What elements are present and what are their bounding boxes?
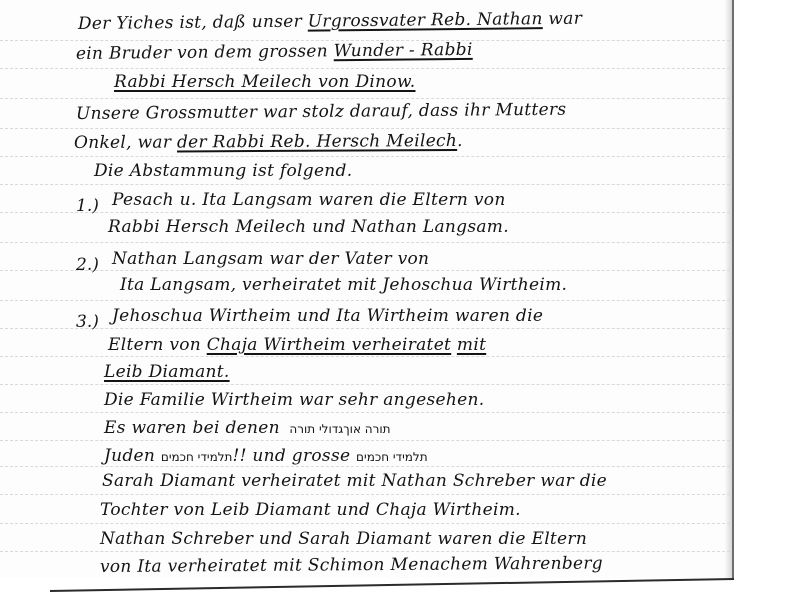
closing-line-6: Nathan Schreber und Sarah Diamant waren … bbox=[100, 529, 587, 549]
underlined-phrase: Chaja Wirtheim verheiratet bbox=[207, 335, 451, 355]
ruled-line bbox=[0, 494, 730, 495]
ruled-line bbox=[0, 523, 730, 524]
underlined-phrase: Wunder - Rabbi bbox=[334, 40, 473, 61]
list-number-3: 3.) bbox=[76, 312, 99, 332]
hebrew-insertion: תלמידי חכמים bbox=[161, 450, 233, 464]
ruled-line bbox=[0, 68, 730, 69]
closing-line-3: Juden תלמידי חכמים!! und grosse תלמידי ח… bbox=[104, 446, 428, 466]
ruled-line bbox=[0, 440, 730, 441]
ruled-line bbox=[0, 466, 730, 467]
list-3-line-3: Leib Diamant. bbox=[104, 362, 230, 382]
list-3-line-2: Eltern von Chaja Wirtheim verheiratet mi… bbox=[108, 335, 486, 355]
closing-line-7: von Ita verheiratet mit Schimon Menachem… bbox=[100, 553, 603, 577]
page-bottom-edge bbox=[50, 578, 734, 608]
ruled-line bbox=[0, 412, 730, 413]
list-2-line-2: Ita Langsam, verheiratet mit Jehoschua W… bbox=[120, 275, 567, 295]
text-line-3: Rabbi Hersch Meilech von Dinow. bbox=[114, 72, 416, 92]
ruled-line bbox=[0, 356, 730, 357]
closing-line-4: Sarah Diamant verheiratet mit Nathan Sch… bbox=[102, 471, 607, 491]
underlined-phrase: Rabbi Hersch Meilech von Dinow. bbox=[114, 72, 416, 92]
hebrew-insertion: תלמידי חכמים bbox=[356, 450, 428, 464]
ruled-line bbox=[0, 551, 730, 552]
ruled-line bbox=[0, 270, 730, 271]
closing-line-2: Es waren bei denen גדולי תורה תורה אוך bbox=[104, 418, 391, 438]
underlined-phrase: Leib Diamant. bbox=[104, 362, 230, 382]
ruled-line bbox=[0, 384, 730, 385]
list-3-line-1: Jehoschua Wirtheim und Ita Wirtheim ware… bbox=[112, 306, 543, 326]
ruled-line bbox=[0, 300, 730, 301]
list-number-2: 2.) bbox=[76, 255, 99, 275]
list-1-line-1: Pesach u. Ita Langsam waren die Eltern v… bbox=[112, 190, 506, 210]
underlined-phrase: der Rabbi Reb. Hersch Meilech bbox=[177, 131, 457, 152]
closing-line-5: Tochter von Leib Diamant und Chaja Wirth… bbox=[100, 500, 521, 520]
underlined-phrase: mit bbox=[457, 335, 486, 355]
text-line-2: ein Bruder von dem grossen Wunder - Rabb… bbox=[76, 40, 473, 64]
text-line-5: Onkel, war der Rabbi Reb. Hersch Meilech… bbox=[74, 131, 463, 153]
closing-line-1: Die Familie Wirtheim war sehr angesehen. bbox=[104, 390, 484, 410]
underlined-phrase: Urgrossvater Reb. Nathan bbox=[308, 9, 543, 31]
ruled-line bbox=[0, 156, 730, 157]
ruled-line bbox=[0, 212, 730, 213]
ruled-line bbox=[0, 98, 730, 99]
list-2-line-1: Nathan Langsam war der Vater von bbox=[112, 249, 429, 269]
list-1-line-2: Rabbi Hersch Meilech und Nathan Langsam. bbox=[108, 217, 509, 237]
ruled-line bbox=[0, 184, 730, 185]
hebrew-insertion: גדולי תורה bbox=[286, 422, 344, 436]
hebrew-insertion: תורה אוך bbox=[343, 422, 390, 436]
text-line-4: Unsere Grossmutter war stolz darauf, das… bbox=[76, 100, 567, 124]
ruled-line bbox=[0, 328, 730, 329]
list-number-1: 1.) bbox=[76, 196, 99, 216]
page-edge-shadow bbox=[724, 0, 732, 578]
ruled-line bbox=[0, 128, 730, 129]
text-line-6: Die Abstammung ist folgend. bbox=[94, 161, 352, 181]
ruled-line bbox=[0, 242, 730, 243]
